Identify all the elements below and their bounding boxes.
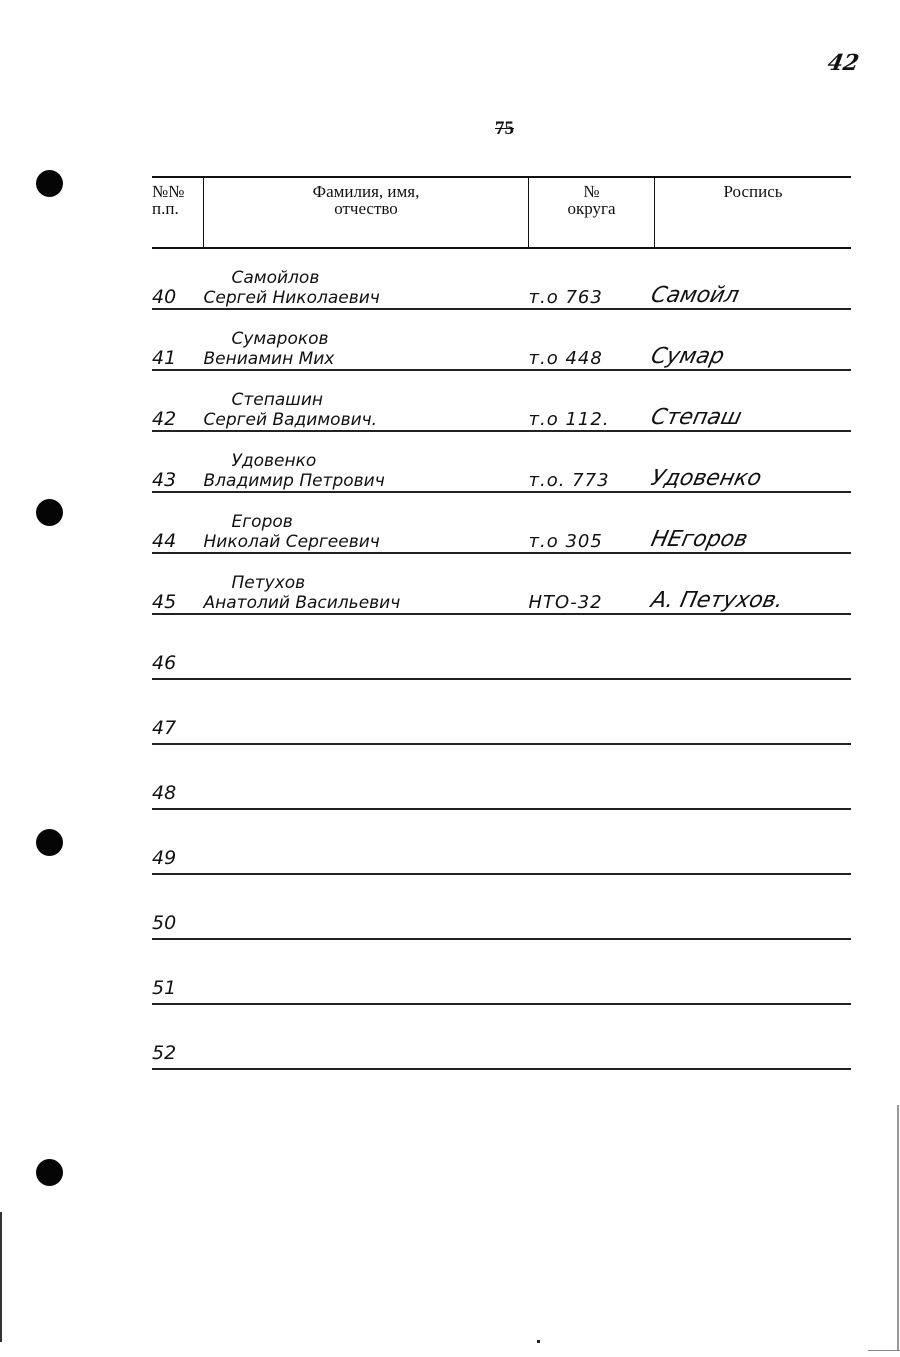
table-row: 52 [152, 1004, 851, 1069]
signature: Удовенко [648, 431, 857, 492]
signature: А. Петухов. [648, 553, 857, 614]
district-number: НТО-32 [529, 553, 655, 614]
given-names: Владимир Петрович [204, 471, 529, 491]
row-number: 50 [152, 874, 204, 939]
signature: Степаш [648, 370, 857, 431]
full-name: СамойловСергей Николаевич [204, 248, 529, 309]
full-name [204, 744, 529, 809]
signature [648, 1004, 858, 1069]
punch-hole [36, 170, 63, 197]
row-number: 52 [152, 1004, 204, 1069]
surname: Петухов [204, 573, 529, 593]
row-number: 41 [152, 309, 204, 370]
district-number: т.о 305 [529, 492, 655, 553]
table-header: №№ п.п. Фамилия, имя, отчество № округа … [152, 177, 851, 248]
signature [648, 614, 858, 679]
header-district-line2: округа [529, 200, 654, 217]
header-name-line2: отчество [204, 200, 528, 217]
signature: НЕгоров [648, 492, 857, 553]
scan-edge [897, 1105, 899, 1350]
district-number [529, 809, 655, 874]
full-name [204, 614, 529, 679]
header-district-line1: № [529, 183, 654, 200]
table-row: 47 [152, 679, 851, 744]
header-full-name: Фамилия, имя, отчество [204, 177, 529, 248]
surname: Степашин [204, 390, 529, 410]
row-number: 47 [152, 679, 204, 744]
header-signature: Роспись [655, 177, 852, 248]
signature [648, 744, 858, 809]
signature [648, 809, 858, 874]
district-number: т.о 112. [529, 370, 655, 431]
signature-table: №№ п.п. Фамилия, имя, отчество № округа … [152, 176, 851, 1070]
surname: Удовенко [204, 451, 529, 471]
table-row: 46 [152, 614, 851, 679]
table-row: 41СумароковВениамин Михт.о 448Сумар [152, 309, 851, 370]
full-name: ЕгоровНиколай Сергеевич [204, 492, 529, 553]
scan-speck [537, 1340, 540, 1343]
table-row: 49 [152, 809, 851, 874]
full-name [204, 1004, 529, 1069]
row-number: 44 [152, 492, 204, 553]
page-number: 75 [495, 118, 514, 140]
row-number: 43 [152, 431, 204, 492]
given-names: Вениамин Мих [204, 349, 529, 369]
punch-hole [36, 829, 63, 856]
district-number [529, 1004, 655, 1069]
given-names: Анатолий Васильевич [204, 593, 529, 613]
given-names: Сергей Вадимович. [204, 410, 529, 430]
full-name: ПетуховАнатолий Васильевич [204, 553, 529, 614]
given-names: Сергей Николаевич [204, 288, 529, 308]
surname: Егоров [204, 512, 529, 532]
given-names: Николай Сергеевич [204, 532, 529, 552]
district-number [529, 679, 655, 744]
punch-hole [36, 1159, 63, 1186]
table-row: 43УдовенкоВладимир Петровичт.о. 773Удове… [152, 431, 851, 492]
district-number: т.о 763 [529, 248, 655, 309]
header-number-line2: п.п. [152, 200, 203, 217]
full-name [204, 939, 529, 1004]
full-name [204, 679, 529, 744]
district-number [529, 939, 655, 1004]
row-number: 45 [152, 553, 204, 614]
district-number [529, 744, 655, 809]
punch-hole [36, 499, 63, 526]
scan-edge [0, 1212, 2, 1342]
table-row: 48 [152, 744, 851, 809]
signature [648, 939, 858, 1004]
row-number: 46 [152, 614, 204, 679]
full-name: СтепашинСергей Вадимович. [204, 370, 529, 431]
table-row: 42СтепашинСергей Вадимович.т.о 112.Степа… [152, 370, 851, 431]
district-number: т.о 448 [529, 309, 655, 370]
row-number: 40 [152, 248, 204, 309]
signature [648, 874, 858, 939]
full-name [204, 874, 529, 939]
folio-number: 42 [826, 50, 861, 76]
header-number: №№ п.п. [152, 177, 204, 248]
row-number: 49 [152, 809, 204, 874]
district-number [529, 614, 655, 679]
scan-edge [868, 1350, 900, 1351]
district-number: т.о. 773 [529, 431, 655, 492]
row-number: 48 [152, 744, 204, 809]
surname: Сумароков [204, 329, 529, 349]
full-name: УдовенкоВладимир Петрович [204, 431, 529, 492]
header-name-line1: Фамилия, имя, [204, 183, 528, 200]
district-number [529, 874, 655, 939]
surname: Самойлов [204, 268, 529, 288]
row-number: 42 [152, 370, 204, 431]
row-number: 51 [152, 939, 204, 1004]
table-row: 50 [152, 874, 851, 939]
signature [648, 679, 858, 744]
table-row: 45ПетуховАнатолий ВасильевичНТО-32А. Пет… [152, 553, 851, 614]
table-row: 51 [152, 939, 851, 1004]
signature: Самойл [648, 248, 857, 309]
full-name: СумароковВениамин Мих [204, 309, 529, 370]
header-district: № округа [529, 177, 655, 248]
signature: Сумар [648, 309, 857, 370]
table-row: 40СамойловСергей Николаевичт.о 763Самойл [152, 248, 851, 309]
table-row: 44ЕгоровНиколай Сергеевичт.о 305НЕгоров [152, 492, 851, 553]
header-number-line1: №№ [152, 183, 203, 200]
full-name [204, 809, 529, 874]
